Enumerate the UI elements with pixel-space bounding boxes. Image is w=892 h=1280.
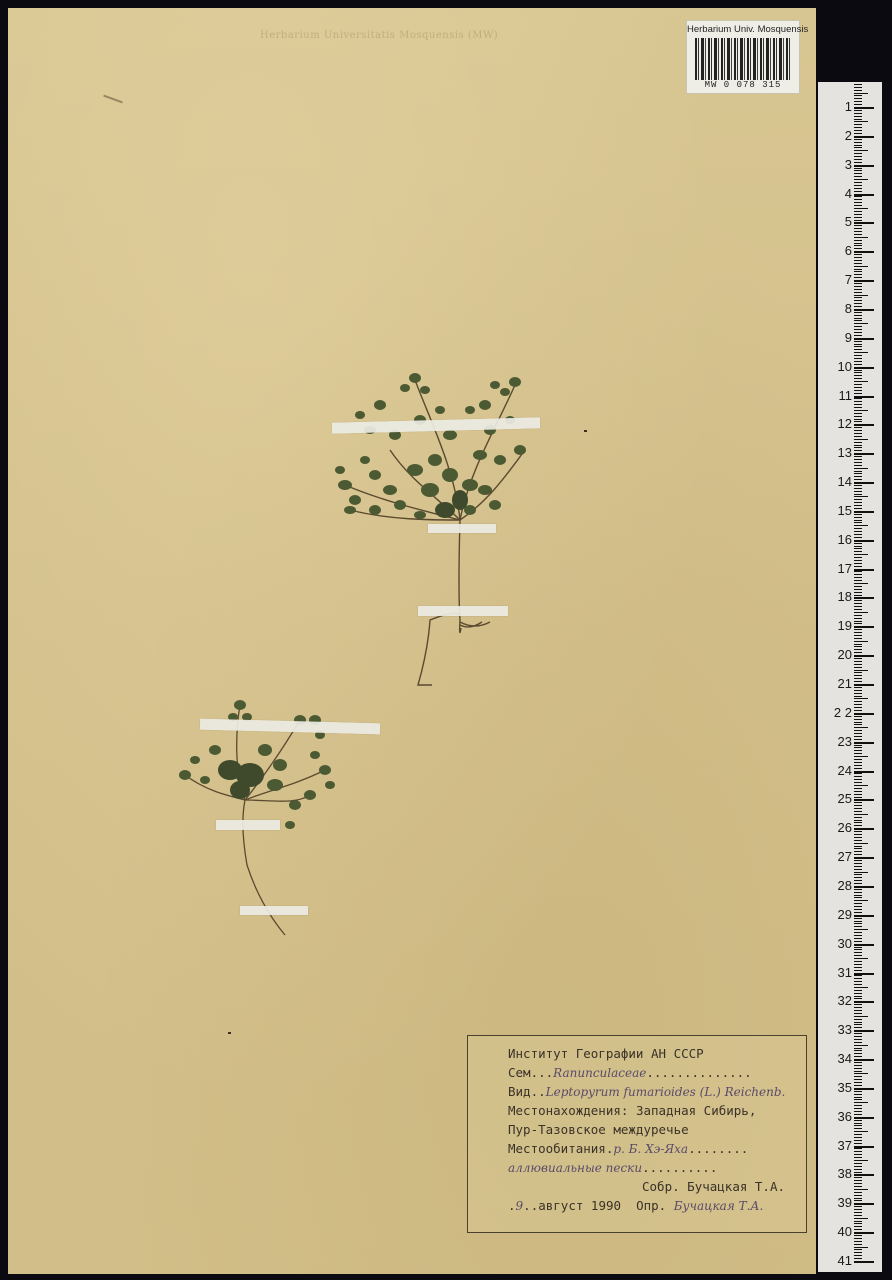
mounting-tape bbox=[216, 820, 280, 830]
ruler-tick bbox=[854, 228, 862, 229]
ruler-tick bbox=[854, 672, 862, 673]
ruler-tick bbox=[854, 390, 862, 391]
ruler-tick bbox=[854, 436, 862, 437]
ruler-label: 15 bbox=[822, 503, 852, 518]
ruler-label: 10 bbox=[822, 359, 852, 374]
ruler-tick bbox=[854, 370, 862, 371]
ruler-tick bbox=[854, 1131, 868, 1132]
ruler-tick bbox=[854, 635, 862, 636]
ruler-tick bbox=[854, 1123, 862, 1124]
ruler-tick bbox=[854, 967, 862, 968]
ruler-tick bbox=[854, 139, 862, 140]
ruler-tick bbox=[854, 779, 862, 780]
ruler-tick bbox=[854, 269, 862, 270]
ruler-tick bbox=[854, 225, 862, 226]
ruler-tick bbox=[854, 895, 862, 896]
ruler-tick bbox=[854, 563, 862, 564]
ruler-tick bbox=[854, 678, 862, 679]
ruler-label: 7 bbox=[822, 272, 852, 287]
ruler-tick bbox=[854, 439, 868, 440]
ruler-tick bbox=[854, 557, 862, 558]
ruler-tick bbox=[854, 854, 862, 855]
ruler-tick bbox=[854, 251, 874, 253]
ruler-tick bbox=[854, 606, 862, 607]
ruler-tick bbox=[854, 949, 862, 950]
ruler-label: 29 bbox=[822, 907, 852, 922]
ruler-tick bbox=[854, 494, 862, 495]
ruler-tick bbox=[854, 1076, 862, 1077]
habitat-prefix: Местообитания bbox=[508, 1141, 606, 1156]
ruler-tick bbox=[854, 600, 862, 601]
ruler-tick bbox=[854, 756, 868, 757]
ruler-tick bbox=[854, 110, 862, 111]
ruler-tick bbox=[854, 145, 862, 146]
ruler-tick bbox=[854, 831, 862, 832]
ruler-tick bbox=[854, 900, 868, 901]
ruler-tick bbox=[854, 407, 862, 408]
ruler-tick bbox=[854, 1221, 862, 1222]
ruler-tick bbox=[854, 724, 862, 725]
ruler-tick bbox=[854, 205, 862, 206]
ruler-tick bbox=[854, 142, 862, 143]
ruler-tick bbox=[854, 710, 862, 711]
ruler-tick bbox=[854, 944, 874, 946]
ruler-tick bbox=[854, 1050, 862, 1051]
ruler-tick bbox=[854, 1062, 862, 1063]
ruler-tick bbox=[854, 1022, 862, 1023]
ruler-tick bbox=[854, 837, 862, 838]
ruler-tick bbox=[854, 116, 862, 117]
ruler-tick bbox=[854, 975, 862, 976]
ruler-tick bbox=[854, 860, 862, 861]
ruler-tick bbox=[854, 987, 868, 988]
locality-value: Западная Сибирь, bbox=[636, 1103, 756, 1118]
ruler-label: 8 bbox=[822, 301, 852, 316]
faint-herbarium-stamp: Herbarium Universitatis Mosquensis (MW) bbox=[260, 30, 470, 44]
ruler-tick bbox=[854, 280, 874, 282]
ruler-tick bbox=[854, 517, 862, 518]
ruler-label: 4 bbox=[822, 186, 852, 201]
ruler-tick bbox=[854, 745, 862, 746]
ruler-tick bbox=[854, 1241, 862, 1242]
ruler-tick bbox=[854, 1198, 862, 1199]
ruler-tick bbox=[854, 1117, 874, 1119]
ruler-label: 3 bbox=[822, 157, 852, 172]
ruler-tick bbox=[854, 104, 862, 105]
ruler-tick bbox=[854, 623, 862, 624]
ruler-tick bbox=[854, 445, 862, 446]
ruler-tick bbox=[854, 1189, 868, 1190]
ruler-tick bbox=[854, 727, 868, 728]
ruler-tick bbox=[854, 537, 862, 538]
ruler-tick bbox=[854, 704, 862, 705]
species-value: Leptopyrum fumarioides (L.) Reichenb. bbox=[546, 1085, 786, 1099]
ruler-tick bbox=[854, 534, 862, 535]
ruler-tick bbox=[854, 87, 862, 88]
ruler-tick bbox=[854, 618, 862, 619]
ruler-tick bbox=[854, 459, 862, 460]
ruler-tick bbox=[854, 488, 862, 489]
ruler-tick bbox=[854, 1024, 862, 1025]
ruler-tick bbox=[854, 589, 862, 590]
ruler-tick bbox=[854, 1102, 868, 1103]
ruler-tick bbox=[854, 1068, 862, 1069]
ruler-tick bbox=[854, 799, 874, 801]
ruler-tick bbox=[854, 713, 874, 715]
ruler-tick bbox=[854, 978, 862, 979]
ruler-tick bbox=[854, 1073, 868, 1074]
ruler-tick bbox=[854, 681, 862, 682]
ruler-tick bbox=[854, 869, 862, 870]
ruler-tick bbox=[854, 915, 874, 917]
ruler-tick bbox=[854, 430, 862, 431]
ruler-tick bbox=[854, 834, 862, 835]
ruler-tick bbox=[854, 502, 862, 503]
ruler-tick bbox=[854, 1094, 862, 1095]
paper-speck bbox=[228, 1032, 231, 1034]
ruler-label: 36 bbox=[822, 1109, 852, 1124]
ruler-tick bbox=[854, 364, 862, 365]
habitat-value: р. Б. Хэ-Яха bbox=[613, 1142, 688, 1156]
family-line: Сем...Ranunculaceae.............. bbox=[508, 1065, 752, 1080]
ruler-label: 13 bbox=[822, 445, 852, 460]
ruler-tick bbox=[854, 1252, 862, 1253]
habitat-value-2: аллювиальные пески bbox=[508, 1161, 642, 1175]
ruler-label: 9 bbox=[822, 330, 852, 345]
ruler-tick bbox=[854, 1071, 862, 1072]
ruler-tick bbox=[854, 468, 868, 469]
ruler-tick bbox=[854, 626, 874, 628]
ruler-tick bbox=[854, 1114, 862, 1115]
ruler-tick bbox=[854, 248, 862, 249]
ruler-tick bbox=[854, 906, 862, 907]
ruler-tick bbox=[854, 528, 862, 529]
ruler-label: 37 bbox=[822, 1138, 852, 1153]
ruler-tick bbox=[854, 297, 862, 298]
ruler-tick bbox=[854, 1192, 862, 1193]
ruler-tick bbox=[854, 716, 862, 717]
ruler-tick bbox=[854, 776, 862, 777]
ruler-tick bbox=[854, 843, 868, 844]
ruler-tick bbox=[854, 130, 862, 131]
ruler-tick bbox=[854, 1048, 862, 1049]
ruler-tick bbox=[854, 753, 862, 754]
ruler-tick bbox=[854, 1180, 862, 1181]
ruler-tick bbox=[854, 119, 862, 120]
ruler-tick bbox=[854, 664, 862, 665]
ruler-label: 1 bbox=[822, 99, 852, 114]
ruler-tick bbox=[854, 199, 862, 200]
ruler-label: 35 bbox=[822, 1080, 852, 1095]
ruler-tick bbox=[854, 1137, 862, 1138]
ruler-tick bbox=[854, 1010, 862, 1011]
ruler-tick bbox=[854, 121, 868, 122]
ruler-tick bbox=[854, 462, 862, 463]
ruler-tick bbox=[854, 427, 862, 428]
ruler-tick bbox=[854, 1111, 862, 1112]
ruler-tick bbox=[854, 1045, 868, 1046]
ruler-tick bbox=[854, 872, 868, 873]
ruler-tick bbox=[854, 398, 862, 399]
ruler-tick bbox=[854, 707, 862, 708]
ruler-tick bbox=[854, 496, 868, 497]
ruler-tick bbox=[854, 234, 862, 235]
ruler-tick bbox=[854, 352, 868, 353]
ruler-tick bbox=[854, 554, 868, 555]
ruler-tick bbox=[854, 1238, 862, 1239]
ruler-tick bbox=[854, 750, 862, 751]
species-prefix: Вид. bbox=[508, 1084, 538, 1099]
ruler-tick bbox=[854, 788, 862, 789]
ruler-tick bbox=[854, 182, 862, 183]
ruler-tick bbox=[854, 1065, 862, 1066]
ruler-tick bbox=[854, 926, 862, 927]
ruler-tick bbox=[854, 874, 862, 875]
ruler-tick bbox=[854, 595, 862, 596]
ruler-tick bbox=[854, 580, 862, 581]
ruler-tick bbox=[854, 1027, 862, 1028]
ruler-tick bbox=[854, 220, 862, 221]
ruler-tick bbox=[854, 476, 862, 477]
ruler-tick bbox=[854, 1166, 862, 1167]
ruler-tick bbox=[854, 127, 862, 128]
ruler-tick bbox=[854, 1140, 862, 1141]
ruler-tick bbox=[854, 450, 862, 451]
ruler-tick bbox=[854, 1033, 862, 1034]
ruler-tick bbox=[854, 124, 862, 125]
ruler-tick bbox=[854, 814, 868, 815]
ruler-tick bbox=[854, 603, 862, 604]
ruler-tick bbox=[854, 863, 862, 864]
ruler-tick bbox=[854, 522, 862, 523]
ruler-tick bbox=[854, 320, 862, 321]
ruler-tick bbox=[854, 525, 868, 526]
date-rest: август 1990 bbox=[538, 1198, 621, 1213]
ruler-tick bbox=[854, 822, 862, 823]
ruler-tick bbox=[854, 136, 874, 138]
ruler-tick bbox=[854, 453, 874, 455]
locality-line: Местонахождения: Западная Сибирь, bbox=[508, 1103, 756, 1118]
ruler-tick bbox=[854, 577, 862, 578]
ruler-tick bbox=[854, 722, 862, 723]
ruler-tick bbox=[854, 315, 862, 316]
ruler-tick bbox=[854, 329, 862, 330]
ruler-tick bbox=[854, 846, 862, 847]
ruler-tick bbox=[854, 543, 862, 544]
habitat-line: Местообитания.р. Б. Хэ-Яха........ bbox=[508, 1141, 748, 1156]
ruler-tick bbox=[854, 179, 868, 180]
ruler-tick bbox=[854, 719, 862, 720]
ruler-tick bbox=[854, 326, 862, 327]
ruler-tick bbox=[854, 984, 862, 985]
ruler-label: 14 bbox=[822, 474, 852, 489]
ruler-tick bbox=[854, 791, 862, 792]
ruler-tick bbox=[854, 153, 862, 154]
ruler-tick bbox=[854, 404, 862, 405]
ruler-tick bbox=[854, 880, 862, 881]
institute-line: Институт Географии АН СССР bbox=[508, 1046, 704, 1061]
ruler-tick bbox=[854, 675, 862, 676]
ruler-tick bbox=[854, 243, 862, 244]
ruler-label: 32 bbox=[822, 993, 852, 1008]
collector-prefix: Собр. bbox=[642, 1179, 680, 1194]
ruler-tick bbox=[854, 993, 862, 994]
ruler-tick bbox=[854, 323, 868, 324]
ruler-tick bbox=[854, 168, 862, 169]
ruler-tick bbox=[854, 739, 862, 740]
ruler-tick bbox=[854, 877, 862, 878]
collector-line: Собр. Бучацкая Т.А. bbox=[642, 1179, 785, 1194]
ruler-tick bbox=[854, 1229, 862, 1230]
ruler-tick bbox=[854, 981, 862, 982]
ruler-tick bbox=[854, 159, 862, 160]
determiner-prefix: Опр. bbox=[636, 1198, 666, 1213]
ruler-tick bbox=[854, 961, 862, 962]
ruler-tick bbox=[854, 782, 862, 783]
ruler-tick bbox=[854, 271, 862, 272]
ruler-tick bbox=[854, 254, 862, 255]
ruler-tick bbox=[854, 759, 862, 760]
ruler-label: 19 bbox=[822, 618, 852, 633]
ruler-tick bbox=[854, 828, 874, 830]
ruler-tick bbox=[854, 433, 862, 434]
ruler-tick bbox=[854, 173, 862, 174]
ruler-tick bbox=[854, 883, 862, 884]
ruler-tick bbox=[854, 1148, 862, 1149]
ruler-tick bbox=[854, 548, 862, 549]
ruler-tick bbox=[854, 1261, 874, 1263]
ruler-tick bbox=[854, 1143, 862, 1144]
ruler-tick bbox=[854, 90, 862, 91]
ruler-tick bbox=[854, 641, 868, 642]
ruler-tick bbox=[854, 332, 862, 333]
ruler-tick bbox=[854, 514, 862, 515]
ruler-tick bbox=[854, 687, 862, 688]
ruler-tick bbox=[854, 1085, 862, 1086]
ruler-tick bbox=[854, 1154, 862, 1155]
ruler-label: 11 bbox=[822, 388, 852, 403]
ruler-tick bbox=[854, 1174, 874, 1176]
ruler-tick bbox=[854, 794, 862, 795]
ruler-tick bbox=[854, 1004, 862, 1005]
ruler-tick bbox=[854, 973, 874, 975]
ruler-tick bbox=[854, 768, 862, 769]
ruler-label: 41 bbox=[822, 1253, 852, 1268]
ruler-tick bbox=[854, 1091, 862, 1092]
ruler-tick bbox=[854, 372, 862, 373]
ruler-tick bbox=[854, 471, 862, 472]
ruler-tick bbox=[854, 958, 868, 959]
ruler-tick bbox=[854, 98, 862, 99]
ruler-tick bbox=[854, 1134, 862, 1135]
mounting-tape bbox=[240, 906, 308, 915]
ruler-tick bbox=[854, 274, 862, 275]
ruler-tick bbox=[854, 1244, 862, 1245]
ruler-tick bbox=[854, 892, 862, 893]
ruler-tick bbox=[854, 667, 862, 668]
ruler-tick bbox=[854, 629, 862, 630]
mounting-tape bbox=[428, 524, 496, 533]
ruler-label: 30 bbox=[822, 936, 852, 951]
ruler-tick bbox=[854, 941, 862, 942]
ruler-label: 6 bbox=[822, 243, 852, 258]
ruler-tick bbox=[854, 1203, 874, 1205]
ruler-tick bbox=[854, 1249, 862, 1250]
ruler-tick bbox=[854, 479, 862, 480]
ruler-tick bbox=[854, 150, 868, 151]
ruler-tick bbox=[854, 147, 862, 148]
habitat-line-2: аллювиальные пески.......... bbox=[508, 1160, 717, 1175]
ruler-tick bbox=[854, 424, 874, 426]
ruler-tick bbox=[854, 531, 862, 532]
ruler-tick bbox=[854, 367, 874, 369]
ruler-tick bbox=[854, 419, 862, 420]
ruler-tick bbox=[854, 355, 862, 356]
ruler-tick bbox=[854, 508, 862, 509]
ruler-tick bbox=[854, 286, 862, 287]
ruler-label: 31 bbox=[822, 965, 852, 980]
ruler-tick bbox=[854, 245, 862, 246]
ruler-tick bbox=[854, 615, 862, 616]
ruler-tick bbox=[854, 93, 868, 94]
ruler-tick bbox=[854, 566, 862, 567]
ruler-tick bbox=[854, 889, 862, 890]
ruler-tick bbox=[854, 165, 874, 167]
ruler-tick bbox=[854, 416, 862, 417]
ruler-tick bbox=[854, 1183, 862, 1184]
ruler-tick bbox=[854, 101, 862, 102]
date-line: .9..август 1990 Опр. Бучацкая Т.А. bbox=[508, 1198, 763, 1213]
ruler-tick bbox=[854, 358, 862, 359]
collection-label: Институт Географии АН СССР Сем...Ranuncu… bbox=[467, 1035, 807, 1233]
ruler-label: 18 bbox=[822, 589, 852, 604]
ruler-tick bbox=[854, 848, 862, 849]
ruler-tick bbox=[854, 456, 862, 457]
ruler-tick bbox=[854, 661, 862, 662]
ruler-tick bbox=[854, 194, 874, 196]
ruler-tick bbox=[854, 1146, 874, 1148]
ruler-label: 27 bbox=[822, 849, 852, 864]
ruler-tick bbox=[854, 202, 862, 203]
ruler-tick bbox=[854, 1163, 862, 1164]
ruler-tick bbox=[854, 569, 874, 571]
ruler-tick bbox=[854, 170, 862, 171]
barcode-title: Herbarium Univ. Mosquensis bbox=[687, 24, 799, 35]
ruler-tick bbox=[854, 306, 862, 307]
ruler-tick bbox=[854, 866, 862, 867]
ruler-tick bbox=[854, 465, 862, 466]
ruler-tick bbox=[854, 571, 862, 572]
ruler-tick bbox=[854, 211, 862, 212]
ruler-tick bbox=[854, 932, 862, 933]
ruler-tick bbox=[854, 1039, 862, 1040]
ruler-tick bbox=[854, 1206, 862, 1207]
ruler-label: 40 bbox=[822, 1224, 852, 1239]
ruler-label: 39 bbox=[822, 1195, 852, 1210]
ruler-tick bbox=[854, 222, 874, 224]
ruler-label: 2 2 bbox=[822, 705, 852, 720]
ruler-tick bbox=[854, 817, 862, 818]
ruler-tick bbox=[854, 802, 862, 803]
ruler-tick bbox=[854, 1088, 874, 1090]
ruler-tick bbox=[854, 733, 862, 734]
ruler-tick bbox=[854, 805, 862, 806]
ruler-tick bbox=[854, 851, 862, 852]
ruler-tick bbox=[854, 309, 874, 311]
ruler-tick bbox=[854, 393, 862, 394]
ruler-tick bbox=[854, 909, 862, 910]
ruler-tick bbox=[854, 1016, 868, 1017]
